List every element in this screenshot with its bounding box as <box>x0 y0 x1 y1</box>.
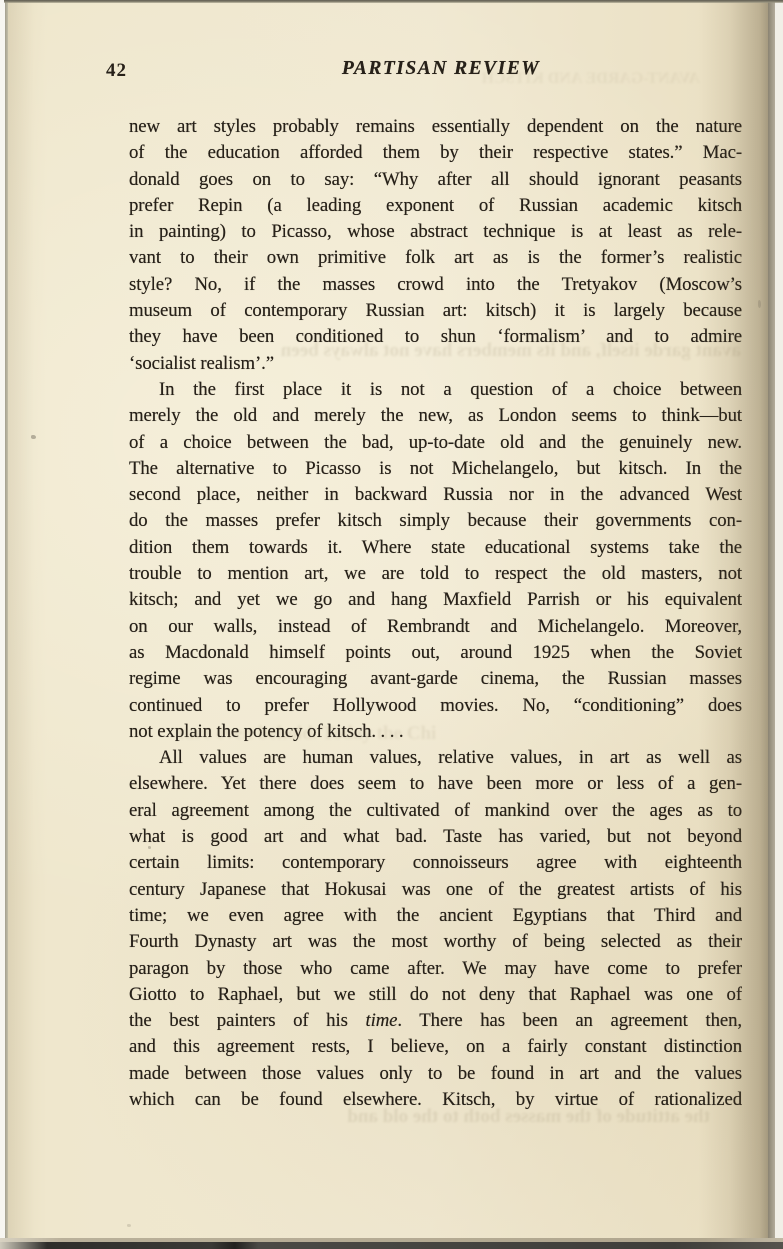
scan-edge-right-binding <box>768 0 775 1249</box>
text-line: elsewhere. Yet there does seem to have b… <box>129 771 742 797</box>
journal-title: PARTISAN REVIEW <box>342 58 540 80</box>
text-line: what is good art and what bad. Taste has… <box>129 824 742 850</box>
text-line: they have been conditioned to shun ‘form… <box>129 324 742 350</box>
page-curl-shadow <box>698 0 768 1249</box>
scan-edge-left-line <box>5 0 8 1249</box>
text-line: style? No, if the masses crowd into the … <box>129 272 742 298</box>
text-line: in painting) to Picasso, whose abstract … <box>129 219 742 245</box>
text-line: of the education afforded them by their … <box>129 140 742 166</box>
text-line: made between those values only to be fou… <box>129 1061 742 1087</box>
page-header: 42 PARTISAN REVIEW <box>0 58 783 84</box>
text-line: trouble to mention art, we are told to r… <box>129 561 742 587</box>
scan-speck <box>127 1224 131 1227</box>
text-line: eral agreement among the cultivated of m… <box>129 798 742 824</box>
text-line: second place, neither in backward Russia… <box>129 482 742 508</box>
text-line: ‘socialist realism’.” <box>129 351 742 377</box>
text-line: Fourth Dynasty art was the most worthy o… <box>129 929 742 955</box>
text-line: paragon by those who came after. We may … <box>129 956 742 982</box>
scan-edge-top <box>4 0 783 3</box>
text-line: In the first place it is not a question … <box>129 377 742 403</box>
scan-speck <box>31 435 36 439</box>
text-line: donald goes on to say: “Why after all sh… <box>129 167 742 193</box>
page-number: 42 <box>106 60 127 82</box>
text-line: on our walls, instead of Rembrandt and M… <box>129 614 742 640</box>
text-line: and this agreement rests, I believe, on … <box>129 1034 742 1060</box>
text-line: museum of contemporary Russian art: kits… <box>129 298 742 324</box>
text-line: which can be found elsewhere. Kitsch, by… <box>129 1087 742 1113</box>
page-left-shade <box>8 0 34 1249</box>
text-line: The alternative to Picasso is not Michel… <box>129 456 742 482</box>
text-line: prefer Repin (a leading exponent of Russ… <box>129 193 742 219</box>
text-line: new art styles probably remains essentia… <box>129 114 742 140</box>
scan-speck <box>148 846 151 849</box>
scan-edge-bottom <box>0 1242 783 1249</box>
scanned-page: 42 PARTISAN REVIEW new art styles probab… <box>0 0 783 1249</box>
text-line: not explain the potency of kitsch. . . . <box>129 719 742 745</box>
text-line: All values are human values, relative va… <box>129 745 742 771</box>
scan-speck <box>758 300 761 308</box>
scan-edge-right <box>775 0 783 1249</box>
text-line: certain limits: contemporary connoisseur… <box>129 850 742 876</box>
text-line: Giotto to Raphael, but we still do not d… <box>129 982 742 1008</box>
body-text: new art styles probably remains essentia… <box>129 114 742 1113</box>
text-line: century Japanese that Hokusai was one of… <box>129 877 742 903</box>
text-line: of a choice between the bad, up-to-date … <box>129 430 742 456</box>
text-line: time; we even agree with the ancient Egy… <box>129 903 742 929</box>
text-line: kitsch; and yet we go and hang Maxfield … <box>129 587 742 613</box>
text-line: regime was encouraging avant-garde cinem… <box>129 666 742 692</box>
text-line: the best painters of his time. There has… <box>129 1008 742 1034</box>
text-line: continued to prefer Hollywood movies. No… <box>129 693 742 719</box>
text-line: dition them towards it. Where state educ… <box>129 535 742 561</box>
text-line: as Macdonald himself points out, around … <box>129 640 742 666</box>
text-line: do the masses prefer kitsch simply becau… <box>129 508 742 534</box>
text-line: merely the old and merely the new, as Lo… <box>129 403 742 429</box>
text-line: vant to their own primitive folk art as … <box>129 245 742 271</box>
